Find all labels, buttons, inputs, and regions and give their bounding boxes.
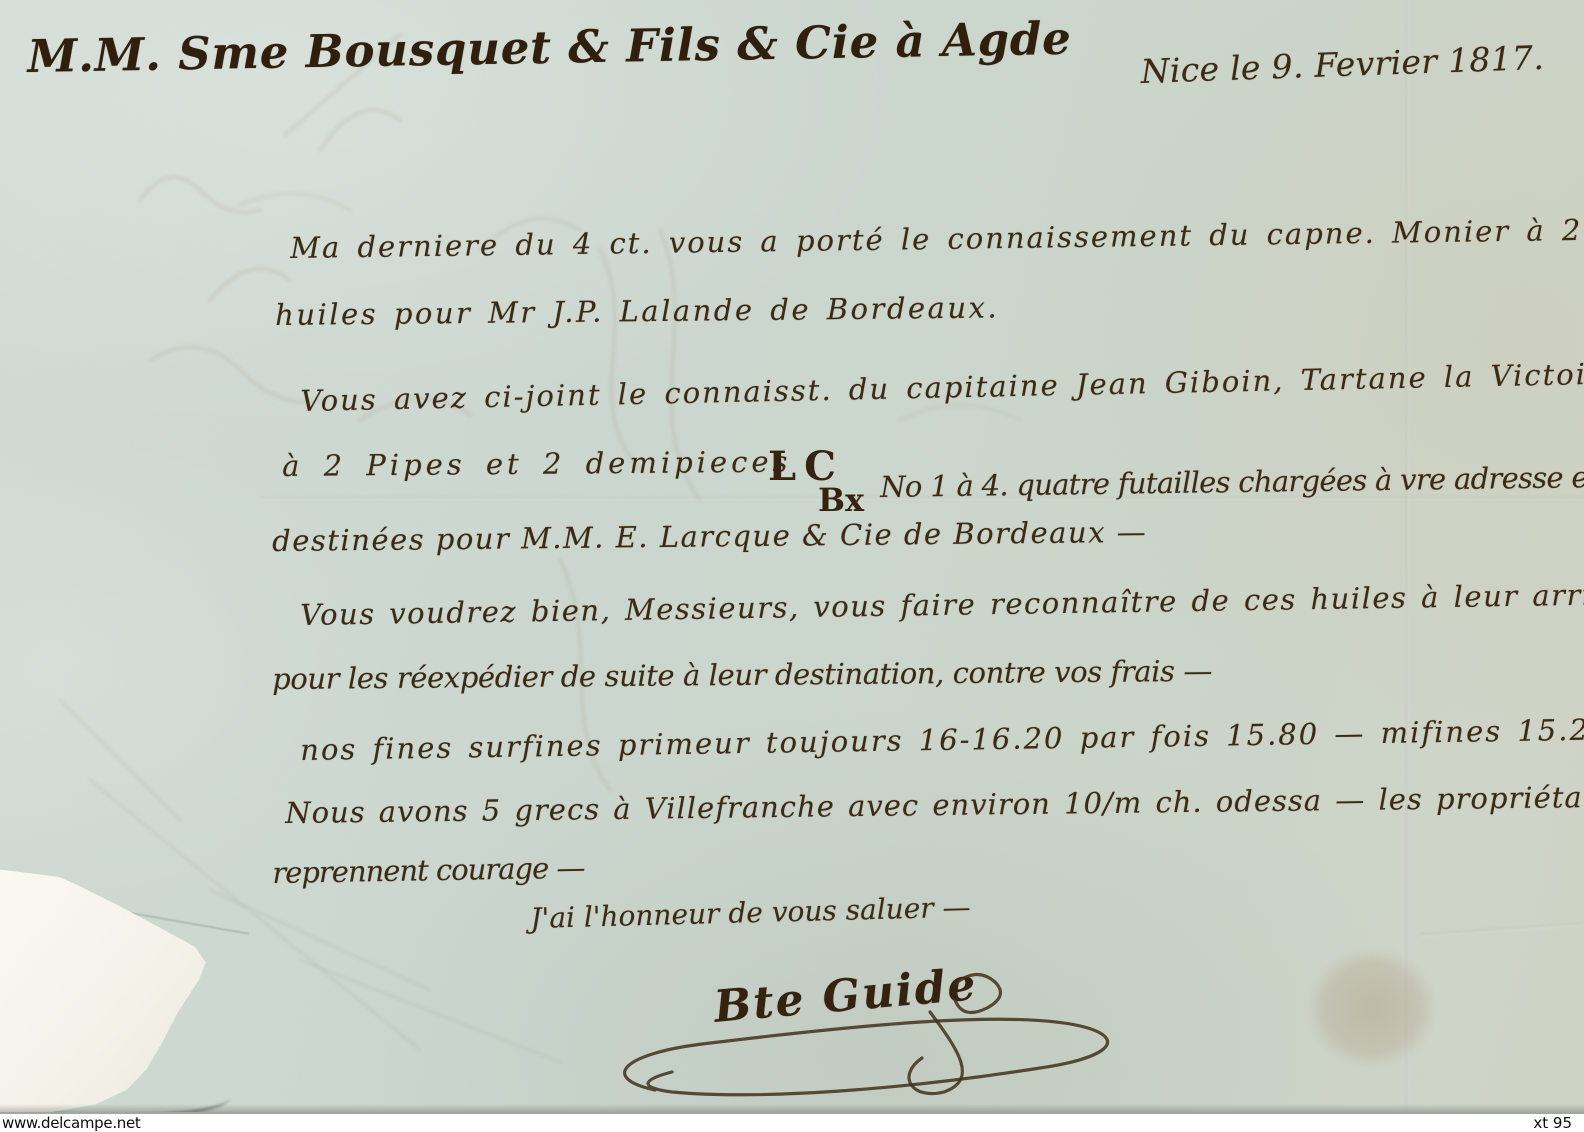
footer-bar: www.delcampe.net xt 95 bbox=[0, 1112, 1584, 1132]
letter-scan: M.M. Sme Bousquet & Fils & Cie à Agde Ni… bbox=[0, 0, 1584, 1132]
watermark-url: www.delcampe.net bbox=[2, 1114, 141, 1132]
signature-flourish bbox=[0, 0, 1584, 1112]
paper-bottom-shadow bbox=[0, 1104, 1584, 1112]
scan-code: xt 95 bbox=[1533, 1114, 1572, 1132]
